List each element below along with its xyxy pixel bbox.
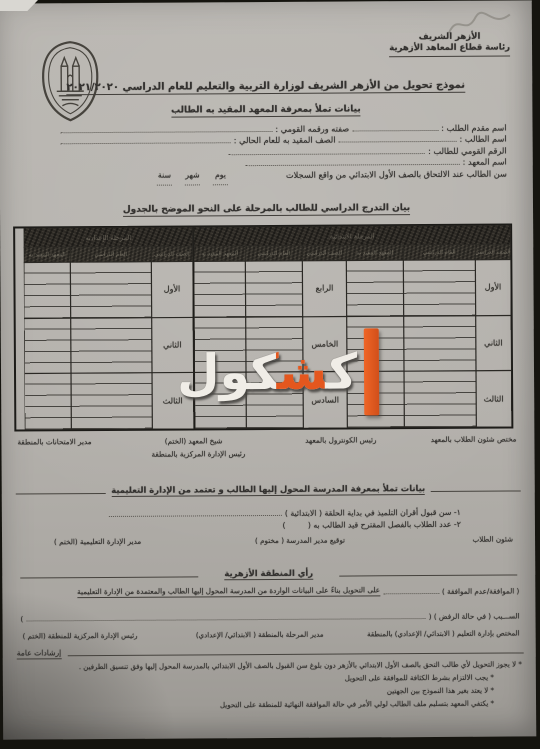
data-cell: [404, 371, 476, 427]
stage-band-primary: المرحلة الابتدائية: [194, 226, 510, 247]
decision-statement: على التحويل بناءً على البيانات الواردة م…: [77, 585, 380, 598]
col-header-year: العام الدراسي: [403, 245, 475, 260]
age-month-line: [185, 184, 200, 186]
notes-rule: [67, 652, 523, 656]
org-header: الأزهر الشريف رئاسة قطاع المعاهد الأزهري…: [389, 32, 510, 58]
signature-stage-director: مدير المرحلة بالمنطقة ( الابتدائي/ الإعد…: [196, 631, 324, 640]
col-header-year: العام الدراسي: [70, 247, 151, 262]
current-grade-label: الصف المقيد به للعام الحالي :: [234, 135, 336, 146]
zone-decision-line: ( الموافقة/عدم الموافقة ) على التحويل بن…: [18, 584, 519, 598]
data-cell: [24, 262, 70, 318]
age-unit-month: شهر: [185, 171, 200, 186]
school-item-age: ١- سن قبول أقران التلميذ في بداية الحلقة…: [106, 504, 461, 519]
age-unit-year: سنة: [157, 171, 172, 186]
progress-table-caption-row: بيان التدرج الدراسي للطالب بالمرحلة على …: [0, 202, 533, 215]
institute-name-line: [246, 164, 460, 166]
applicant-name-label: اسم مقدم الطلب :: [441, 122, 506, 132]
title-rule-left: [16, 493, 106, 495]
applicant-id-line: [61, 131, 273, 133]
field-row-institute: اسم المعهد :: [58, 155, 507, 169]
signature-zone-central-head: رئيس الإدارة المركزية للمنطقة (الختم ): [23, 632, 138, 641]
institute-name-label: اسم المعهد :: [463, 157, 507, 167]
col-header-institute: المعهد المقيد به: [24, 247, 70, 262]
data-cell: [25, 318, 71, 374]
form-title: نموذج تحويل من الأزهر الشريف لوزارة التر…: [66, 80, 465, 95]
school-section-title-row: بيانات تملأ بمعرفة المدرسة المحول إليها …: [16, 482, 521, 497]
col-header-grade: الصف الدراسي: [302, 246, 346, 261]
signature-exams-director: مدير الامتحانات بالمنطقة: [17, 437, 91, 446]
data-cell: [70, 262, 151, 318]
notes-list: * لا يجوز التحويل لأي طالب التحق بالصف ا…: [15, 658, 522, 713]
data-cell: [404, 315, 476, 371]
signature-student-affairs-institute: مختص شئون الطلاب بالمعهد: [431, 434, 517, 444]
title-rule-right: [431, 490, 521, 492]
scanned-form-page: الأزهر الشريف رئاسة قطاع المعاهد الأزهري…: [0, 0, 536, 739]
zone-section-title: رأي المنطقة الأزهرية: [224, 568, 313, 581]
school-item-age-line: [109, 514, 282, 516]
national-id-label: الرقم القومي للطالب :: [428, 145, 507, 155]
institute-section-title-row: بيانات تملأ بمعرفة المعهد المقيد به الطا…: [0, 103, 532, 116]
signature-institute-sheikh: شيخ المعهد (الختم): [165, 436, 223, 445]
stage-band-preparatory: المرحلة الإعدادية: [24, 227, 192, 247]
col-header-grade: الصف الدراسي: [151, 246, 192, 261]
signature-student-affairs-school: شئون الطلاب: [472, 535, 513, 544]
grade-cell-first: الأول: [151, 261, 192, 317]
col-header-institute: المعهد المقيد به: [194, 246, 245, 261]
national-id-line: [229, 153, 425, 155]
signature-education-admin-director: مدير الإدارة التعليمية (الختم ): [54, 537, 141, 547]
data-cell: [71, 373, 152, 429]
watermark-bar: [364, 328, 380, 415]
data-cell: [403, 260, 475, 316]
data-cell: [346, 260, 403, 316]
age-unit-day: يوم: [213, 171, 228, 186]
reason-label: الســـبب ( في حالة الرفض ) (: [429, 611, 520, 621]
zone-rule-left: [20, 576, 198, 578]
grade-cell-third: الثالث: [476, 371, 511, 427]
school-items: ١- سن قبول أقران التلميذ في بداية الحلقة…: [106, 504, 461, 531]
applicant-name-line: [352, 130, 438, 132]
zone-reason-line: الســـبب ( في حالة الرفض ) ( ): [20, 611, 519, 623]
grade-cell-second: الثاني: [476, 315, 511, 371]
signature-central-admin-head: رئيس الإدارة المركزية بالمنطقة: [151, 449, 245, 459]
zone-rule-right: [339, 574, 517, 576]
grade-cell-first: الأول: [475, 260, 510, 316]
current-grade-line: [61, 142, 231, 144]
institute-fields: اسم مقدم الطلب : صفته ورقمه القومي : اسم…: [57, 121, 506, 194]
table-section-preparatory: المرحلة الإعدادية الصف الدراسي العام الد…: [15, 227, 193, 429]
kashkol-watermark: كشكول كشكول: [177, 328, 380, 416]
decision-approve-reject: ( الموافقة/عدم الموافقة ): [442, 586, 519, 595]
applicant-id-label: صفته ورقمه القومي :: [275, 123, 349, 133]
zone-signature-row: المختص بإدارة التعليم ( الابتدائي/ الإعد…: [3, 629, 536, 646]
zone-section-title-row: رأي المنطقة الأزهرية: [20, 566, 517, 581]
reason-line-fill: [26, 618, 425, 621]
col-header-institute: المعهد المقيد به: [346, 245, 403, 260]
org-department: رئاسة قطاع المعاهد الأزهرية: [389, 43, 510, 57]
signature-school-principal: توقيع مدير المدرسة ( مختوم ): [255, 536, 345, 546]
form-title-row: نموذج تحويل من الأزهر الشريف لوزارة التر…: [0, 79, 532, 93]
data-cell: [25, 374, 71, 430]
signature-education-specialist: المختص بإدارة التعليم ( الابتدائي/ الإعد…: [367, 629, 520, 638]
notes-title: إرشادات عامة: [17, 648, 62, 659]
note-bullet-4: * يكتفي المعهد بتسليم ملف الطالب لولي ال…: [15, 698, 494, 714]
grade-cell-fourth: الرابع: [302, 261, 346, 317]
student-name-label: اسم الطالب :: [459, 134, 506, 144]
col-header-year: العام الدراسي: [245, 246, 302, 261]
institute-section-title: بيانات تملأ بمعرفة المعهد المقيد به الطا…: [171, 104, 361, 117]
col-header-grade: الصف الدراسي: [475, 245, 510, 260]
school-item-count: ٢- عدد الطلاب بالفصل المقترح قيد الطالب …: [106, 516, 461, 531]
school-signature-row: شئون الطلاب توقيع مدير المدرسة ( مختوم )…: [2, 534, 535, 551]
enrollment-age-label: سن الطالب عند الالتحاق بالصف الأول الابت…: [286, 169, 507, 180]
decision-line-fill: [383, 593, 439, 594]
age-units: يوم شهر سنة: [157, 171, 228, 186]
field-row-age: سن الطالب عند الالتحاق بالصف الأول الابت…: [58, 169, 507, 194]
signature-control-head: رئيس الكونترول بالمعهد: [305, 435, 376, 444]
age-day-line: [213, 184, 228, 186]
notes-title-row: إرشادات عامة: [17, 645, 524, 659]
age-year-line: [157, 184, 172, 186]
data-cell: [71, 317, 152, 373]
data-cell: [245, 261, 302, 317]
data-cell: [194, 261, 245, 317]
institute-signature-row: مختص شئون الطلاب بالمعهد رئيس الكونترول …: [1, 434, 534, 463]
reason-close-paren: ): [20, 614, 23, 623]
progress-table-caption: بيان التدرج الدراسي للطالب بالمرحلة على …: [123, 203, 410, 217]
student-name-line: [339, 141, 457, 143]
watermark-word: كشكول كشكول: [177, 329, 358, 416]
school-section-title: بيانات تملأ بمعرفة المدرسة المحول إليها …: [111, 483, 425, 497]
